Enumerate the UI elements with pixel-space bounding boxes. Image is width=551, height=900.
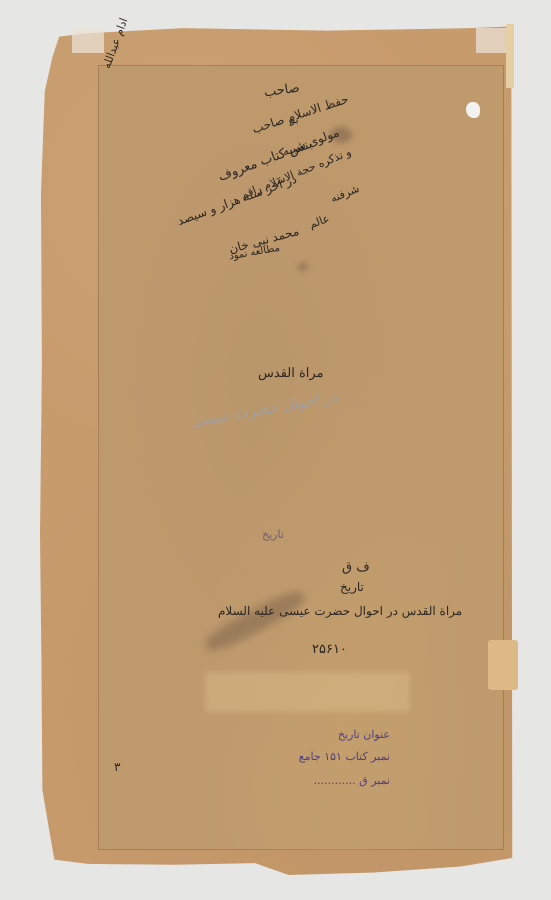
- paper-hole: [466, 102, 480, 118]
- stamp-line-3: نمبر ق ............: [314, 774, 390, 787]
- inscription-line: در آخر سنه هزار و سیصد: [175, 172, 298, 228]
- inscription-line: عالم: [308, 212, 332, 231]
- ink-spot: [298, 263, 308, 271]
- catalog-code: ف ق: [342, 560, 370, 575]
- inscription-block: صاحب حفظ الاسلام صاحب مولوی شبیه بنس کتا…: [140, 75, 360, 255]
- stamp-line-2: نمبر کتاب ۱۵۱ جامع: [299, 750, 390, 763]
- catalog-category: تاریخ: [340, 580, 364, 594]
- margin-mark: ۳: [114, 760, 120, 774]
- stamp-value: تاریخ: [338, 728, 360, 741]
- library-stamp: عنوان تاریخ نمبر کتاب ۱۵۱ جامع نمبر ق ..…: [270, 728, 390, 798]
- faded-stamp-area: [205, 672, 410, 712]
- mid-pencil-note: تاریخ: [262, 528, 284, 541]
- catalog-title: مراة القدس در احوال حضرت عیسی علیه السلا…: [218, 604, 462, 618]
- inscription-line: صاحب: [263, 81, 301, 101]
- stamp-value: ق: [359, 774, 368, 787]
- catalog-number: ۲۵۶۱۰: [312, 642, 347, 657]
- title-ink: مراة القدس: [258, 366, 324, 381]
- stamp-dots: ............: [314, 774, 356, 787]
- stamp-label: عنوان: [363, 728, 390, 741]
- tape-top-right: [476, 28, 506, 53]
- stamp-value: ۱۵۱ جامع: [299, 750, 342, 763]
- tape-top-left: [72, 28, 104, 53]
- paper-edge-strip: [506, 24, 514, 88]
- stamp-label: نمبر: [371, 774, 390, 787]
- paper-repair-patch: [488, 640, 518, 690]
- stamp-line-1: عنوان تاریخ: [338, 728, 390, 741]
- stamp-label: نمبر کتاب: [345, 750, 390, 763]
- inscription-line: شرفنه: [329, 182, 361, 205]
